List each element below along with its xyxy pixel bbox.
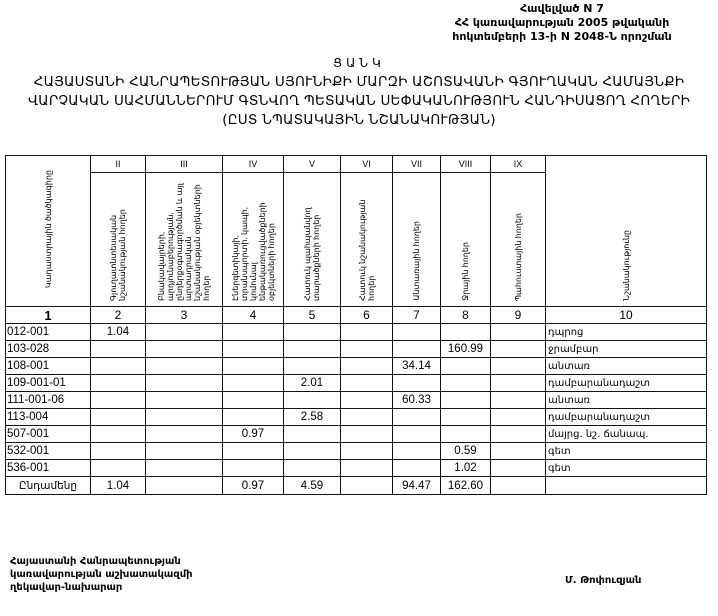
cadastral-code: 103-028 [6, 341, 91, 358]
column-number: 2 [91, 307, 146, 324]
area-value: 0.59 [441, 443, 491, 460]
total-value [146, 477, 223, 495]
position-line: Հայաստանի Հանրապետության [10, 555, 193, 568]
total-value: 4.59 [284, 477, 341, 495]
area-value [91, 358, 146, 375]
area-value [491, 409, 546, 426]
area-value [491, 358, 546, 375]
area-value: 0.97 [223, 426, 284, 443]
list-label: ՑԱՆԿ [0, 56, 718, 70]
land-purpose: դամբարանադաշտ [546, 409, 707, 426]
area-value [223, 358, 284, 375]
area-value [146, 392, 223, 409]
roman-header: VIII [441, 156, 491, 173]
header-agricultural: Գյուղատնտեսական նշանակության հողեր [91, 173, 146, 307]
area-value: 34.14 [393, 358, 441, 375]
area-value [341, 324, 393, 341]
total-value: 0.97 [223, 477, 284, 495]
land-table: Կադաստրային ծածկագիրը II III IV V VI VII… [5, 155, 707, 495]
area-value [146, 341, 223, 358]
roman-header: II [91, 156, 146, 173]
annex-decree-date: հոկտեմբերի 13-ի N 2048-Ն որոշման [412, 30, 712, 44]
header-purpose: Նշանակությունը [546, 156, 707, 307]
land-purpose: անտառ [546, 358, 707, 375]
area-value [341, 392, 393, 409]
area-value [91, 426, 146, 443]
title-line: (ԸՍՏ ՆՊԱՏԱԿԱՅԻՆ ՆՇԱՆԱԿՈՒԹՅԱՆ) [0, 111, 718, 130]
area-value [91, 460, 146, 477]
cadastral-code: 536-001 [6, 460, 91, 477]
table-row: 507-0010.97մայրց. նշ. ճանապ. [6, 426, 707, 443]
roman-header: IX [491, 156, 546, 173]
total-row: Ընդամենը 1.04 0.97 4.59 94.47 162.60 [6, 477, 707, 495]
land-purpose: դպրոց [546, 324, 707, 341]
column-number: 6 [341, 307, 393, 324]
area-value [284, 426, 341, 443]
header-energy-transport: Էներգետիկայի, տրանսպորտի, կապի, կոմունալ… [223, 173, 284, 307]
area-value [284, 460, 341, 477]
area-value [223, 409, 284, 426]
signatory-position: Հայաստանի Հանրապետության կառավարության ա… [10, 555, 193, 594]
cadastral-code: 111-001-06 [6, 392, 91, 409]
area-value [341, 443, 393, 460]
land-purpose: մայրց. նշ. ճանապ. [546, 426, 707, 443]
area-value [223, 324, 284, 341]
area-value [91, 375, 146, 392]
roman-header: IV [223, 156, 284, 173]
column-number: 9 [491, 307, 546, 324]
table-row: 532-0010.59գետ [6, 443, 707, 460]
column-number: 3 [146, 307, 223, 324]
table-row: 111-001-0660.33անտառ [6, 392, 707, 409]
area-value [146, 426, 223, 443]
land-purpose: ջրամբար [546, 341, 707, 358]
data-rows: 012-0011.04դպրոց103-028160.99ջրամբար108-… [6, 324, 707, 477]
position-line: ղեկավար-նախարար [10, 581, 193, 594]
area-value [284, 324, 341, 341]
position-line: կառավարության աշխատակազմի [10, 568, 193, 581]
area-value [146, 358, 223, 375]
roman-header: VII [393, 156, 441, 173]
area-value [91, 443, 146, 460]
land-purpose: գետ [546, 443, 707, 460]
annex-reference: Հավելված N 7 ՀՀ կառավարության 2005 թվակա… [412, 2, 712, 44]
area-value [341, 375, 393, 392]
total-value: 1.04 [91, 477, 146, 495]
header-special: Հատուկ նշանակության հողեր [341, 173, 393, 307]
title-line: ՀԱՅԱՍՏԱՆԻ ՀԱՆՐԱՊԵՏՈՒԹՅԱՆ ՍՅՈՒՆԻՔԻ ՄԱՐԶԻ … [0, 73, 718, 92]
title-line: ՎԱՐՉԱԿԱՆ ՍԱՀՄԱՆՆԵՐՈՒՄ ԳՏՆՎՈՂ ՊԵՏԱԿԱՆ ՍԵՓ… [0, 92, 718, 111]
signatory-name: Մ. Թոփուզյան [565, 575, 641, 586]
area-value [223, 341, 284, 358]
total-value: 94.47 [393, 477, 441, 495]
area-value [441, 426, 491, 443]
cadastral-code: 113-004 [6, 409, 91, 426]
roman-row: Կադաստրային ծածկագիրը II III IV V VI VII… [6, 156, 707, 173]
table-row: 012-0011.04դպրոց [6, 324, 707, 341]
area-value [393, 460, 441, 477]
total-value [491, 477, 546, 495]
area-value [146, 443, 223, 460]
area-value [441, 358, 491, 375]
roman-header: III [146, 156, 223, 173]
area-value [284, 341, 341, 358]
area-value [393, 426, 441, 443]
table-row: 536-0011.02գետ [6, 460, 707, 477]
area-value [146, 375, 223, 392]
area-value [146, 324, 223, 341]
total-label: Ընդամենը [6, 477, 91, 495]
cadastral-code: 109-001-01 [6, 375, 91, 392]
area-value [284, 392, 341, 409]
area-value [491, 426, 546, 443]
area-value [341, 426, 393, 443]
area-value [284, 443, 341, 460]
area-value [491, 324, 546, 341]
total-purpose [546, 477, 707, 495]
area-value [441, 375, 491, 392]
land-purpose: գետ [546, 460, 707, 477]
area-value [223, 392, 284, 409]
cadastral-code: 532-001 [6, 443, 91, 460]
cadastral-code: 108-001 [6, 358, 91, 375]
area-value [91, 392, 146, 409]
roman-header: VI [341, 156, 393, 173]
area-value [284, 358, 341, 375]
table-row: 108-00134.14անտառ [6, 358, 707, 375]
area-value: 160.99 [441, 341, 491, 358]
header-cadastral-code: Կադաստրային ծածկագիրը [6, 156, 91, 307]
area-value [341, 460, 393, 477]
annex-decree: ՀՀ կառավարության 2005 թվականի [412, 16, 712, 30]
column-number-row: 1 2 3 4 5 6 7 8 9 10 [6, 307, 707, 324]
document-title: ՀԱՅԱՍՏԱՆԻ ՀԱՆՐԱՊԵՏՈՒԹՅԱՆ ՍՅՈՒՆԻՔԻ ՄԱՐԶԻ … [0, 73, 718, 130]
column-number: 10 [546, 307, 707, 324]
table-row: 109-001-012.01դամբարանադաշտ [6, 375, 707, 392]
area-value [146, 409, 223, 426]
column-number: 5 [284, 307, 341, 324]
area-value: 1.04 [91, 324, 146, 341]
cadastral-code: 507-001 [6, 426, 91, 443]
area-value [491, 460, 546, 477]
area-value: 1.02 [441, 460, 491, 477]
area-value [223, 375, 284, 392]
area-value [491, 375, 546, 392]
area-value [223, 443, 284, 460]
area-value [393, 409, 441, 426]
column-number: 8 [441, 307, 491, 324]
area-value [491, 443, 546, 460]
area-value [393, 443, 441, 460]
area-value: 60.33 [393, 392, 441, 409]
column-number: 7 [393, 307, 441, 324]
area-value [393, 341, 441, 358]
area-value: 2.58 [284, 409, 341, 426]
land-purpose: դամբարանադաշտ [546, 375, 707, 392]
land-purpose: անտառ [546, 392, 707, 409]
header-forest: Անտառային հողեր [393, 173, 441, 307]
area-value [491, 341, 546, 358]
area-value [441, 324, 491, 341]
area-value [91, 341, 146, 358]
total-value: 162.60 [441, 477, 491, 495]
area-value [223, 460, 284, 477]
table-row: 103-028160.99ջրամբար [6, 341, 707, 358]
cadastral-code: 012-001 [6, 324, 91, 341]
header-reserve: Պահուստային հողեր [491, 173, 546, 307]
header-settlement-industrial: Բնակավայրերի, արդյունաբերության, ընդերքօ… [146, 173, 223, 307]
column-number: 1 [6, 307, 91, 324]
total-value [341, 477, 393, 495]
area-value [91, 409, 146, 426]
annex-number: Հավելված N 7 [412, 2, 712, 16]
area-value [441, 392, 491, 409]
header-protected: Հատուկ պահպանվող տարածքների հողեր [284, 173, 341, 307]
area-value [393, 375, 441, 392]
area-value: 2.01 [284, 375, 341, 392]
area-value [146, 460, 223, 477]
area-value [341, 341, 393, 358]
area-value [341, 358, 393, 375]
area-value [441, 409, 491, 426]
header-water: Ջրային հողեր [441, 173, 491, 307]
area-value [393, 324, 441, 341]
column-number: 4 [223, 307, 284, 324]
area-value [341, 409, 393, 426]
area-value [491, 392, 546, 409]
table-row: 113-0042.58դամբարանադաշտ [6, 409, 707, 426]
roman-header: V [284, 156, 341, 173]
